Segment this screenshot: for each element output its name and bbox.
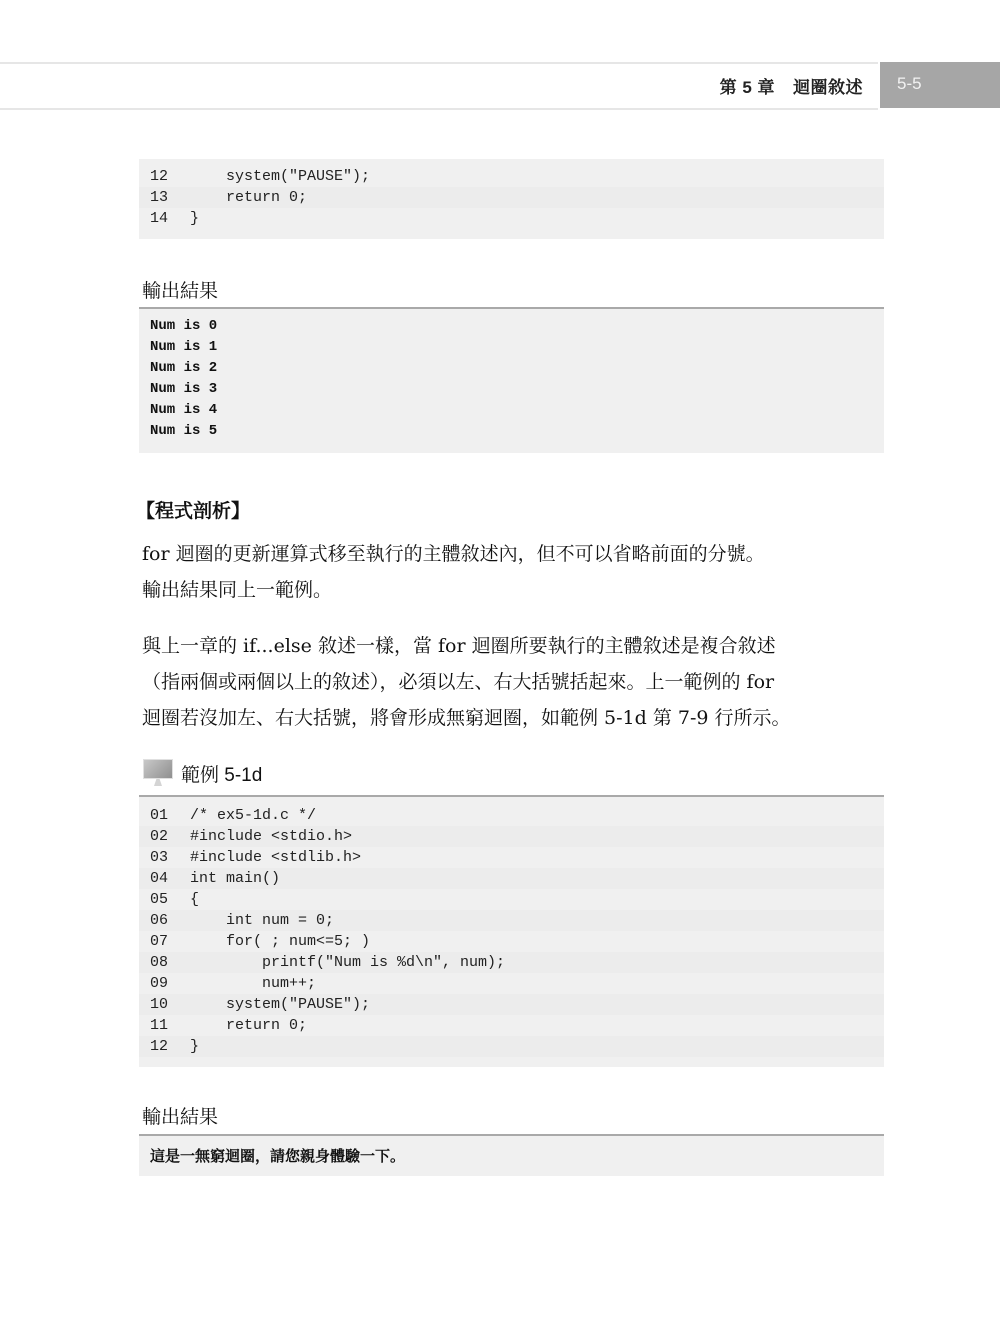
output-label: 輸出結果 — [142, 276, 218, 303]
code-line: 12 system("PAUSE"); — [139, 166, 884, 187]
code-line: 14} — [139, 208, 884, 229]
code-line: 02#include <stdio.h> — [139, 826, 884, 847]
code-line: 06 int num = 0; — [139, 910, 884, 931]
monitor-icon — [143, 759, 173, 787]
output-line: Num is 3 — [139, 379, 884, 400]
output-line: Num is 5 — [139, 421, 884, 442]
code-line: 10 system("PAUSE"); — [139, 994, 884, 1015]
page-number-tab: 5-5 — [880, 62, 1000, 108]
running-header-chapter: 第 5 章迴圈敘述 — [720, 73, 863, 98]
code-line: 08 printf("Num is %d\n", num); — [139, 952, 884, 973]
output-label: 輸出結果 — [142, 1102, 218, 1129]
code-line: 13 return 0; — [139, 187, 884, 208]
chapter-title: 迴圈敘述 — [793, 78, 863, 97]
code-line: 03#include <stdlib.h> — [139, 847, 884, 868]
code-listing-continuation: 12 system("PAUSE"); 13 return 0; 14} — [139, 159, 884, 239]
output-line: Num is 0 — [139, 316, 884, 337]
code-line: 04int main() — [139, 868, 884, 889]
code-line: 07 for( ; num<=5; ) — [139, 931, 884, 952]
output-text: 這是一無窮迴圈，請您親身體驗一下。 — [150, 1145, 405, 1166]
example-code-listing: 01/* ex5-1d.c */ 02#include <stdio.h> 03… — [139, 795, 884, 1067]
code-line: 05{ — [139, 889, 884, 910]
page-number: 5-5 — [897, 74, 922, 94]
output-block: 這是一無窮迴圈，請您親身體驗一下。 — [139, 1134, 884, 1176]
code-line: 01/* ex5-1d.c */ — [139, 805, 884, 826]
output-line: Num is 2 — [139, 358, 884, 379]
code-line: 11 return 0; — [139, 1015, 884, 1036]
output-line: Num is 1 — [139, 337, 884, 358]
output-block: Num is 0 Num is 1 Num is 2 Num is 3 Num … — [139, 307, 884, 453]
output-line: Num is 4 — [139, 400, 884, 421]
code-line: 09 num++; — [139, 973, 884, 994]
example-title: 範例 5-1d — [181, 760, 262, 787]
chapter-label: 第 5 章 — [720, 78, 775, 97]
analysis-paragraph-1: for 迴圈的更新運算式移至執行的主體敘述內，但不可以省略前面的分號。 輸出結果… — [142, 536, 887, 608]
example-heading: 範例 5-1d — [143, 758, 262, 788]
code-line: 12} — [139, 1036, 884, 1057]
analysis-paragraph-2: 與上一章的 if...else 敘述一樣，當 for 迴圈所要執行的主體敘述是複… — [142, 628, 887, 736]
analysis-heading: 【程式剖析】 — [136, 496, 250, 523]
